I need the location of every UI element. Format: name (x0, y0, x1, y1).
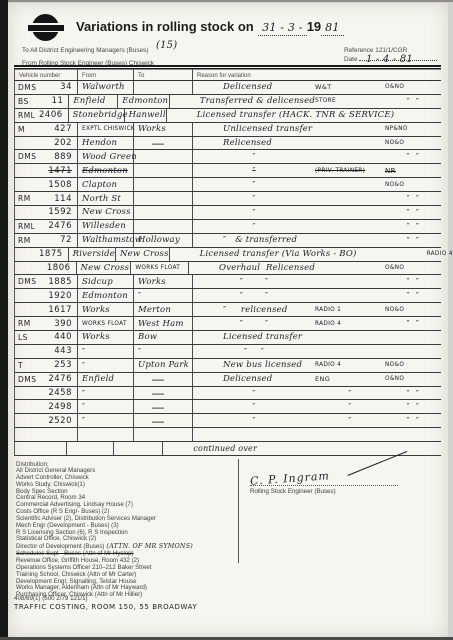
vehicle-number: 2498 (39, 402, 77, 412)
vehicle-number: 443 (39, 346, 77, 356)
licensing-code: ″ ″ (385, 222, 441, 231)
vehicle-number: 1875 (39, 249, 68, 259)
page-title: Variations in rolling stock on (76, 19, 254, 34)
reason-for-variation: Licensed transfer (HACK. TNR & SERVICE) (167, 110, 395, 120)
vehicle-class-prefix: DMS (15, 375, 39, 384)
vehicle-number: 202 (39, 138, 77, 148)
vehicle-number: 34 (39, 82, 77, 92)
table-row: 202 Hendon — Relicensed NO&O (14, 137, 441, 151)
table-row: M 427 EXPTL CHISWICK Works Unlicensed tr… (14, 123, 441, 137)
reason-note: RADIO 4 (315, 362, 385, 368)
continued-over-note: continued over (163, 444, 315, 453)
reason-for-variation: Relicensed (193, 138, 315, 148)
table-row: DMS 1885 Sidcup Works ″ ″ ″ ″ (14, 275, 441, 289)
vehicle-number: 390 (39, 319, 77, 329)
reason-for-variation: ″ (193, 389, 315, 398)
reason-note: W&T (315, 83, 385, 91)
licensing-code: ″ ″ (385, 291, 441, 300)
reason-for-variation: ″ (193, 402, 315, 411)
reason-for-variation: ″ & transferred (193, 235, 315, 245)
vehicle-class-prefix: DMS (15, 83, 39, 92)
vehicle-number: 2406 (39, 110, 68, 120)
licensing-code: NO&O (385, 362, 441, 368)
reason-for-variation: Delicensed (193, 82, 315, 92)
london-transport-roundel-icon (28, 14, 64, 41)
reason-for-variation: ″ ″ (193, 319, 315, 328)
from-garage: Clapton (82, 180, 117, 190)
addressee-line: To All District Engineering Managers (Bu… (22, 47, 148, 54)
signature: C. P. Ingram (250, 469, 331, 488)
to-garage: ″ (138, 291, 141, 300)
licensing-code: O&NO (385, 376, 441, 382)
stock-table-body: DMS 34 Walworth Delicensed W&T O&NO BS 1… (14, 81, 441, 456)
reason-for-variation: ″ (193, 416, 315, 425)
table-row: RML 2406 Stonebridge Hanwell Licensed tr… (14, 109, 441, 123)
vehicle-number: 114 (39, 194, 77, 204)
vehicle-number: 2458 (39, 388, 77, 398)
to-garage: WORKS FLOAT (135, 265, 180, 271)
table-row: 2498 ″ — ″ ″ ″ ″ (14, 400, 441, 414)
table-row: 1875 Riverside New Cross Licensed transf… (14, 248, 441, 262)
reason-for-variation: New bus licensed (193, 360, 315, 370)
from-garage: ″ (82, 389, 85, 398)
form-footer: 408/69(1) (500 2/79 121/1) TRAFFIC COSTI… (14, 595, 197, 611)
handwritten-form-date: 1 - 4 - 81 (366, 54, 413, 65)
licensing-code: NR (385, 167, 441, 175)
vehicle-class-prefix: DMS (15, 152, 39, 161)
reason-for-variation: Licensed transfer (Via Works - BO) (170, 249, 357, 259)
reason-for-variation: Unlicensed transfer (193, 124, 315, 134)
vehicle-number: 72 (39, 235, 77, 245)
from-garage: Stonebridge (73, 110, 128, 120)
distribution-list: All District General ManagersAdvert Cont… (16, 468, 238, 599)
rolling-stock-table: Vehicle number From To Reason for variat… (14, 69, 441, 456)
to-garage: Edmonton (122, 96, 168, 106)
from-garage: Enfield (73, 96, 105, 106)
col-header-vehicle: Vehicle number (15, 69, 78, 80)
licensing-code: ″ ″ (385, 416, 441, 425)
licensing-code: NO&O (385, 182, 441, 188)
vehicle-number: 1471 (39, 166, 77, 176)
licensing-code: ″ ″ (385, 194, 441, 203)
scan-edge-left (0, 0, 8, 640)
table-row: RM 114 North St ″ ″ ″ (14, 192, 441, 206)
header-divider-rule (14, 65, 441, 68)
vehicle-number: 11 (39, 96, 68, 106)
licensing-code: ″ ″ (385, 277, 441, 286)
distribution-divider-line (238, 459, 239, 563)
scan-edge-top (0, 0, 453, 2)
table-row: RM 72 Walthamstow Holloway ″ & transferr… (14, 234, 441, 248)
reason-for-variation: ″ (193, 180, 315, 189)
table-row: RML 2476 Willesden ″ ″ ″ (14, 220, 441, 234)
table-row: 1592 New Cross ″ ″ ″ (14, 206, 441, 220)
to-garage: Upton Park (138, 360, 189, 370)
reason-for-variation: Licensed transfer (193, 332, 315, 342)
to-garage: Works (138, 277, 166, 287)
vehicle-number: 1920 (39, 291, 77, 301)
from-garage: Hendon (82, 138, 117, 148)
reason-note: (PRIV. TRAINER) (315, 168, 385, 174)
vehicle-number: 2520 (39, 416, 77, 426)
handwritten-attention-annotation: (ATTN. OF MR SYMONS) (106, 542, 193, 550)
to-garage: Merton (138, 305, 171, 315)
table-row: 1806 New Cross WORKS FLOAT Overhaul Reli… (14, 262, 441, 276)
licensing-code: NP&NO (385, 126, 441, 132)
licensing-code: NO&O (385, 140, 441, 146)
licensing-code: ″ ″ (385, 402, 441, 411)
from-garage: North St (82, 194, 121, 204)
col-header-to: To (134, 69, 193, 80)
table-row: 1617 Works Merton ″ relicensed RADIO 1 N… (14, 303, 441, 317)
from-garage: ″ (82, 402, 85, 411)
table-row: DMS 2476 Enfield — Delicensed ENG O&NO (14, 373, 441, 387)
licensing-code: ″ ″ (385, 152, 441, 161)
from-garage: Edmonton (82, 291, 128, 301)
handwritten-year: 81 (325, 21, 339, 34)
table-row: 2458 ″ — ″ ″ ″ ″ (14, 387, 441, 401)
from-garage: Works (82, 332, 110, 342)
vehicle-number: 253 (39, 360, 77, 370)
vehicle-class-prefix: LS (15, 333, 39, 342)
handwritten-footer-note: TRAFFIC COSTING, ROOM 150, 55 BROADWAY (14, 603, 197, 611)
vehicle-number: 1592 (39, 207, 77, 217)
reason-note: RADIO 1 (315, 307, 385, 313)
table-row: DMS 889 Wood Green ″ ″ ″ (14, 150, 441, 164)
table-row: LS 440 Works Bow Licensed transfer (14, 331, 441, 345)
vehicle-number: 427 (39, 124, 77, 134)
licensing-code: RADIO 4 (427, 251, 453, 257)
year-printed: 19 (307, 19, 321, 34)
table-row: BS 11 Enfield Edmonton Transferred & del… (14, 95, 441, 109)
reason-for-variation: ″ (193, 194, 315, 203)
to-garage: Bow (138, 332, 157, 342)
form-title-line: Variations in rolling stock on 31 - 3 -1… (76, 18, 344, 36)
table-row: 2520 ″ — ″ ″ ″ ″ (14, 414, 441, 428)
reason-for-variation: ″ (193, 222, 315, 231)
from-garage: ″ (82, 416, 85, 425)
handwritten-date: 31 - 3 - (262, 21, 303, 34)
licensing-code: ″ ″ (385, 319, 441, 328)
vehicle-class-prefix: BS (15, 97, 39, 106)
vehicle-class-prefix: RM (15, 319, 39, 328)
vehicle-number: 440 (39, 332, 77, 342)
table-row: 443 ″ ″ ″ ″ (14, 345, 441, 359)
reason-for-variation: ″ ″ (193, 277, 315, 286)
to-garage: — (138, 417, 164, 425)
col-header-reason: Reason for variation (193, 69, 441, 80)
vehicle-number: 1885 (39, 277, 77, 287)
licensing-code: ″ ″ (385, 208, 441, 217)
reason-note: ″ (315, 416, 385, 425)
licensing-code: ″ ″ (385, 97, 441, 106)
table-row: RM 390 WORKS FLOAT West Ham ″ ″ RADIO 4 … (14, 317, 441, 331)
vehicle-class-prefix: RML (15, 111, 39, 120)
to-garage: New Cross (120, 249, 169, 259)
to-garage: — (138, 375, 164, 383)
signoff-block: C. P. Ingram Rolling Stock Engineer (Bus… (250, 469, 430, 495)
table-row: DMS 34 Walworth Delicensed W&T O&NO (14, 81, 441, 95)
reason-for-variation: ″ relicensed (193, 305, 315, 315)
distribution-item-text: Statistical Office, Chiswick (2) (16, 535, 96, 542)
vehicle-class-prefix: RM (15, 194, 39, 203)
to-garage: Holloway (138, 235, 180, 245)
table-row: T 253 ″ Upton Park New bus licensed RADI… (14, 359, 441, 373)
table-header-row: Vehicle number From To Reason for variat… (14, 69, 441, 81)
distribution-section: Distribution: All District General Manag… (16, 461, 238, 599)
from-garage: WORKS FLOAT (82, 321, 127, 327)
reason-for-variation: ″ (193, 166, 315, 175)
table-row: 1471 Edmonton ″ (PRIV. TRAINER) NR (14, 164, 441, 178)
reason-for-variation: Delicensed (193, 374, 315, 384)
from-garage: Willesden (82, 221, 126, 231)
vehicle-class-prefix: RML (15, 222, 39, 231)
to-garage: — (138, 403, 164, 411)
to-garage: West Ham (138, 319, 184, 329)
vehicle-class-prefix: DMS (15, 277, 39, 286)
reason-note: STORE (315, 98, 385, 104)
reason-for-variation: ″ ″ (193, 347, 315, 356)
licensing-code: ″ ″ (385, 236, 441, 245)
reason-for-variation: ″ ″ (193, 291, 315, 300)
from-garage: Wood Green (82, 152, 137, 162)
to-garage: Hanwell (129, 110, 166, 120)
from-garage: Walworth (82, 82, 125, 92)
licensing-code: ″ ″ (385, 389, 441, 398)
from-garage: ″ (82, 347, 85, 356)
reason-note: ″ (315, 402, 385, 411)
vehicle-number: 2476 (39, 374, 77, 384)
table-row: continued over (14, 442, 441, 456)
from-garage: EXPTL CHISWICK (82, 126, 135, 132)
to-garage: Works (138, 124, 166, 134)
from-garage: Enfield (82, 374, 114, 384)
table-row (14, 428, 441, 442)
reason-for-variation: Transferred & delicensed (170, 96, 315, 106)
form-number: 408/69(1) (500 2/79 121/1) (14, 595, 197, 602)
from-garage: ″ (82, 361, 85, 370)
licensing-code: O&NO (385, 265, 441, 271)
reason-for-variation: ″ (193, 152, 315, 161)
from-garage: Edmonton (82, 166, 128, 176)
reason-for-variation: Overhaul Relicensed (189, 263, 315, 273)
reason-note: ENG (315, 375, 385, 383)
licensing-code: NO&O (385, 307, 441, 313)
table-row: 1920 Edmonton ″ ″ ″ ″ ″ (14, 289, 441, 303)
from-garage: Sidcup (82, 277, 113, 287)
reason-note: ″ (315, 389, 385, 398)
signatory-role: Rolling Stock Engineer (Buses) (250, 488, 430, 495)
from-garage: Riverside (73, 249, 115, 259)
to-garage: — (138, 389, 164, 397)
vehicle-number: 2476 (39, 221, 77, 231)
from-garage: New Cross (82, 207, 131, 217)
from-garage: Works (82, 305, 110, 315)
scanned-form-page: Variations in rolling stock on 31 - 3 -1… (8, 3, 448, 637)
vehicle-class-prefix: M (15, 125, 39, 134)
vehicle-class-prefix: RM (15, 236, 39, 245)
reason-for-variation: ″ (193, 208, 315, 217)
licensing-code: O&NO (385, 84, 441, 90)
to-garage: — (138, 139, 164, 147)
vehicle-number: 889 (39, 152, 77, 162)
table-row: 1508 Clapton ″ NO&O (14, 178, 441, 192)
reference-number: Reference 121/1/CGR (344, 47, 407, 54)
from-garage: New Cross (81, 263, 130, 273)
to-garage: ″ (138, 347, 141, 356)
reason-note: RADIO 4 (315, 321, 385, 327)
vehicle-class-prefix: T (15, 361, 39, 370)
vehicle-number: 1617 (39, 305, 77, 315)
vehicle-number: 1508 (39, 180, 77, 190)
handwritten-count-note: (15) (156, 40, 177, 51)
col-header-from: From (78, 69, 134, 80)
vehicle-number: 1806 (39, 263, 76, 273)
